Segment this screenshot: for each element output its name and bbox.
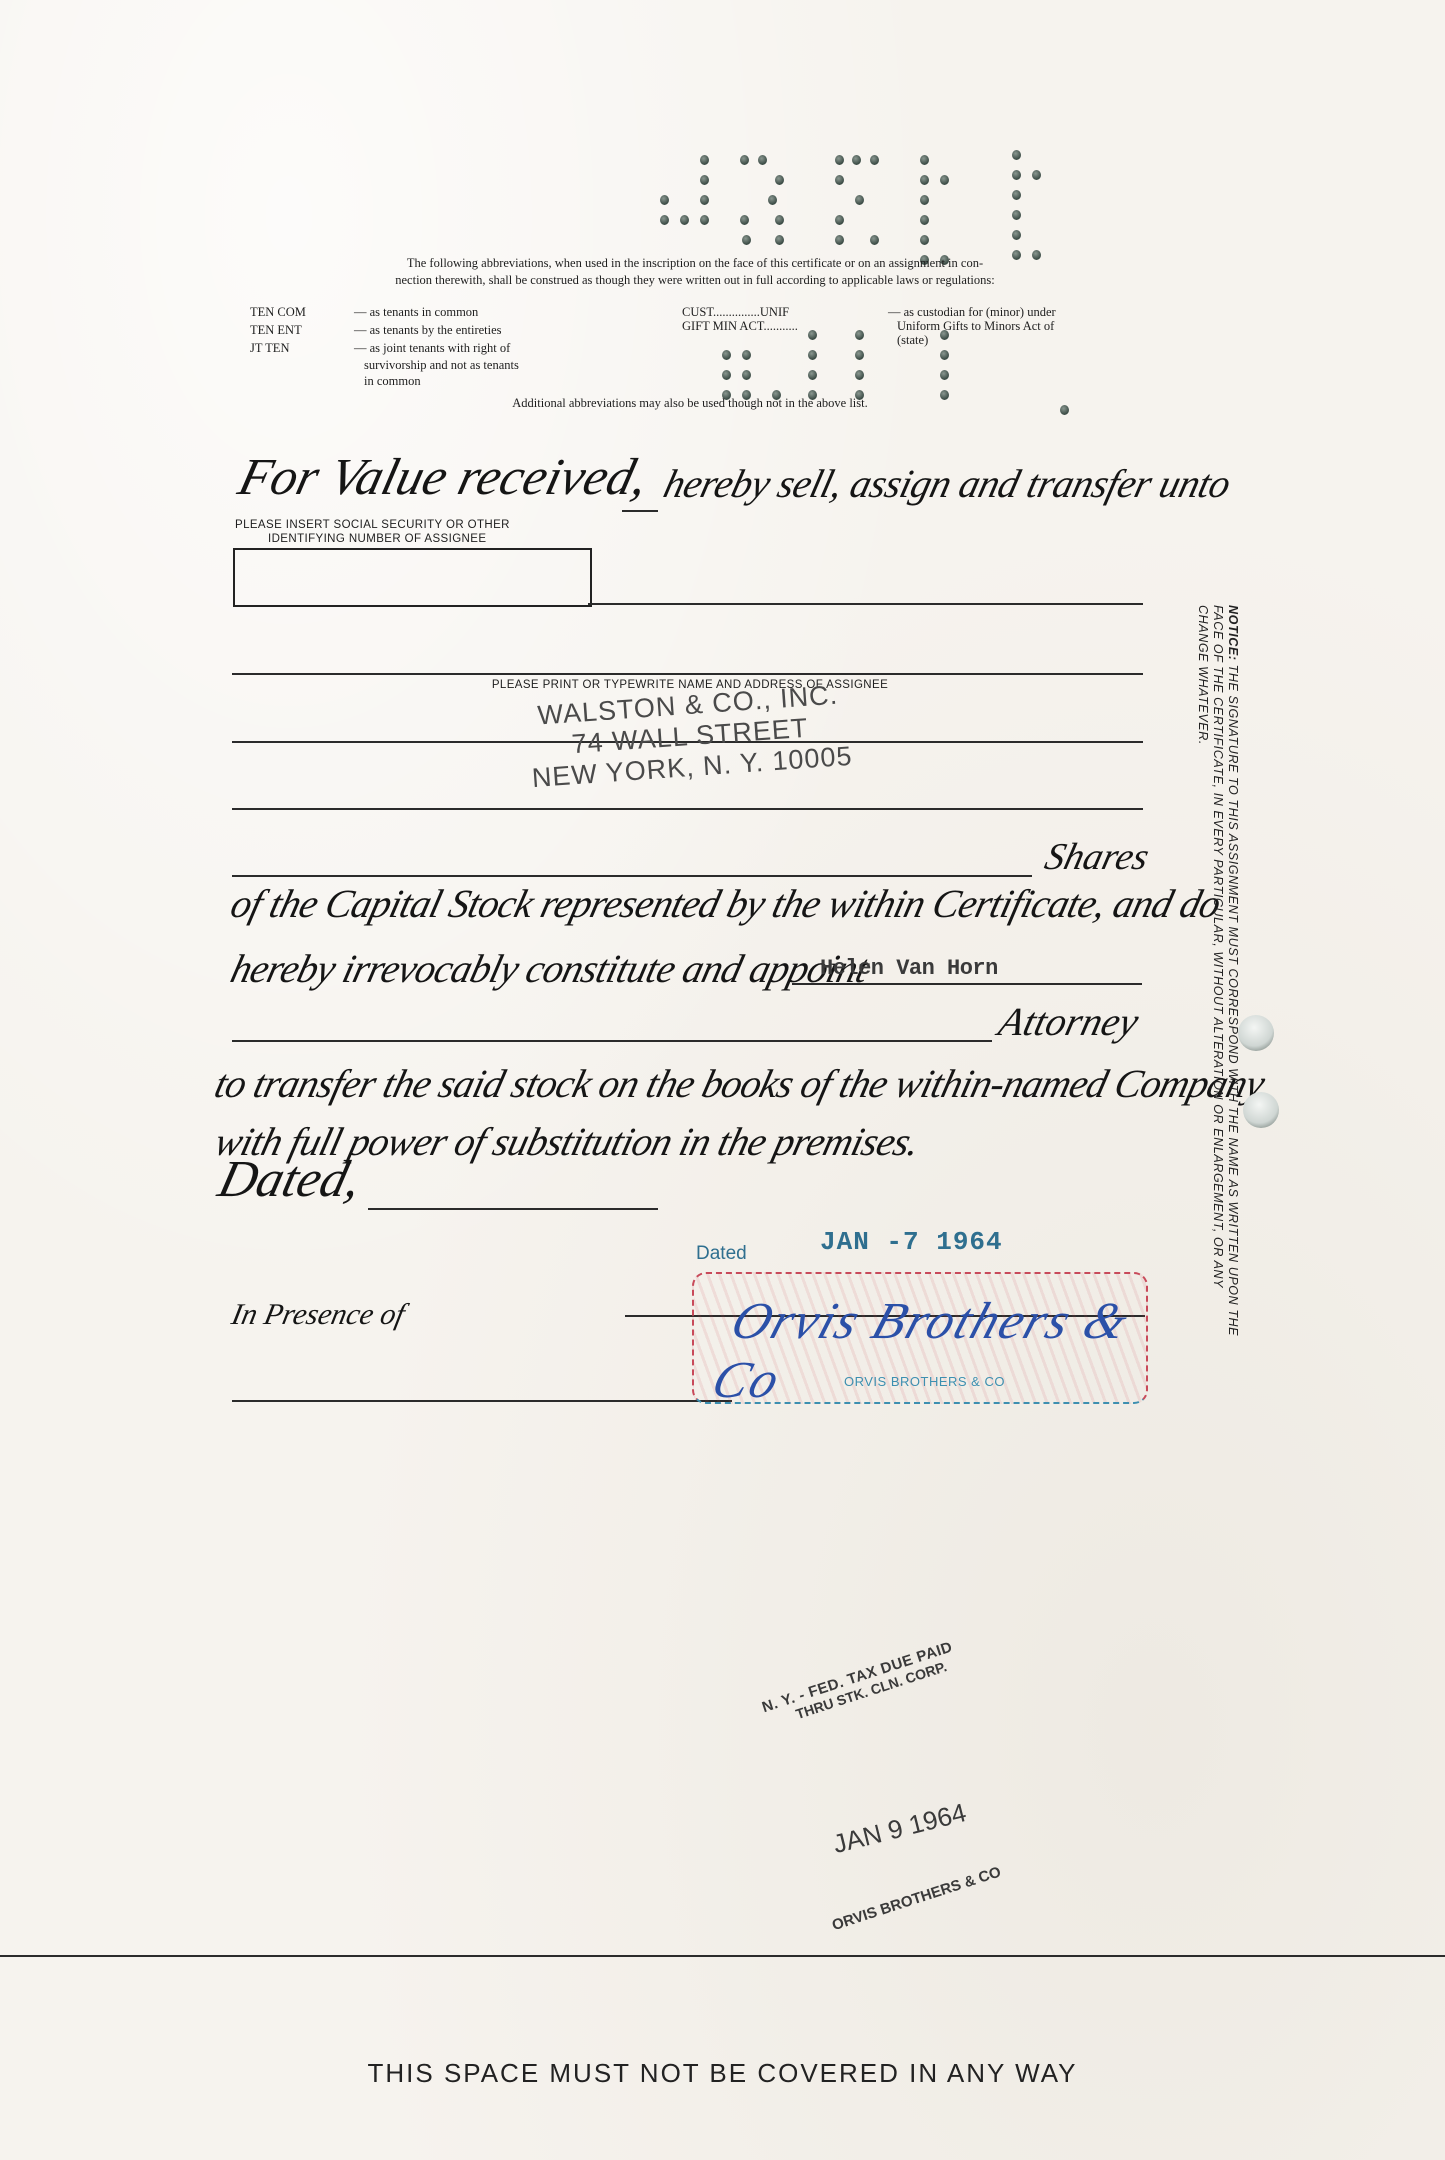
perforation-hole: [940, 175, 949, 185]
abbr-key: TEN ENT: [250, 323, 302, 338]
ssn-label-line-1: PLEASE INSERT SOCIAL SECURITY OR OTHER: [235, 519, 510, 531]
additional-abbreviations-note: Additional abbreviations may also be use…: [250, 396, 1130, 411]
notice-text: THE SIGNATURE TO THIS ASSIGNMENT MUST CO…: [1196, 605, 1240, 1336]
perforation-hole: [768, 195, 777, 205]
perforation-hole: [835, 215, 844, 225]
perforation-hole: [700, 175, 709, 185]
abbreviations-intro: The following abbreviations, when used i…: [215, 255, 1175, 289]
perforation-hole: [920, 235, 929, 245]
assignee-address-stamp: WALSTON & CO., INC. 74 WALL STREET NEW Y…: [507, 678, 873, 796]
perforation-hole: [855, 195, 864, 205]
ssn-input-box[interactable]: [233, 548, 592, 607]
perforation-hole: [852, 155, 861, 165]
shares-count-line[interactable]: [232, 875, 1032, 877]
attorney-line[interactable]: [232, 1040, 992, 1042]
perforation-hole: [722, 370, 731, 380]
blank-rule: [622, 510, 658, 512]
abbr-state: (state): [897, 333, 928, 348]
abbr-key: TEN COM: [250, 305, 306, 320]
tax-stamp-line-1: N. Y. - FED. TAX DUE PAID: [760, 1601, 1070, 1716]
abbr-gift-min-act: GIFT MIN ACT...........: [682, 319, 798, 334]
perforation-hole: [835, 155, 844, 165]
perforation-hole: [920, 195, 929, 205]
perforation-hole: [660, 215, 669, 225]
perforation-hole: [1012, 210, 1021, 220]
perforation-hole: [940, 370, 949, 380]
perforation-hole: [808, 350, 817, 360]
abbr-value: — as joint tenants with right of: [354, 341, 510, 356]
attorney-label: Attorney: [994, 998, 1143, 1045]
signature-guarantee-stamp: Orvis Brothers & Co ORVIS BROTHERS & CO: [692, 1272, 1148, 1404]
intro-line-1: The following abbreviations, when used i…: [215, 255, 1175, 272]
tax-stamp-firm: ORVIS BROTHERS & CO: [830, 1863, 1003, 1934]
attorney-name-typed: Helen Van Horn: [820, 956, 998, 981]
perforation-hole: [775, 175, 784, 185]
perforation-hole: [742, 350, 751, 360]
perforation-hole: [660, 195, 669, 205]
abbr-value: — as tenants in common: [354, 305, 478, 320]
perforation-hole: [855, 330, 864, 340]
tax-stamp-date: JAN 9 1964: [830, 1797, 969, 1860]
for-value-received: For Value received,: [233, 448, 654, 507]
perforation-hole: [722, 350, 731, 360]
dated-stamp-label: Dated: [696, 1243, 747, 1265]
punch-hole: [1243, 1092, 1279, 1128]
shares-label: Shares: [1041, 835, 1154, 879]
perforation-hole: [680, 215, 689, 225]
dated-label: Dated,: [213, 1150, 368, 1209]
irrevocably-appoint-text: hereby irrevocably constitute and appoin…: [226, 945, 873, 992]
perforation-hole: [855, 370, 864, 380]
perforation-hole: [855, 350, 864, 360]
assignee-line-4[interactable]: [232, 808, 1143, 810]
perforation-hole: [920, 175, 929, 185]
dated-line[interactable]: [368, 1208, 658, 1210]
perforation-hole: [920, 155, 929, 165]
perforation-hole: [1012, 150, 1021, 160]
perforation-hole: [870, 235, 879, 245]
hereby-sell-assign-transfer: hereby sell, assign and transfer unto: [659, 460, 1235, 507]
perforation-hole: [1012, 230, 1021, 240]
perforation-hole: [808, 330, 817, 340]
perforation-hole: [775, 215, 784, 225]
perforation-hole: [835, 235, 844, 245]
perforation-hole: [758, 155, 767, 165]
guarantee-signature: Orvis Brothers & Co: [705, 1292, 1165, 1410]
certificate-back: The following abbreviations, when used i…: [0, 0, 1445, 2160]
assignee-line-2[interactable]: [232, 673, 1143, 675]
perforation-hole: [700, 155, 709, 165]
guarantee-firm: ORVIS BROTHERS & CO: [844, 1374, 1005, 1389]
perforation-hole: [700, 215, 709, 225]
dated-stamp-value: JAN -7 1964: [820, 1227, 1003, 1257]
perforation-hole: [1032, 170, 1041, 180]
perforation-hole: [740, 155, 749, 165]
abbr-value: survivorship and not as tenants: [364, 358, 519, 373]
signature-notice: NOTICE: THE SIGNATURE TO THIS ASSIGNMENT…: [1195, 605, 1240, 1345]
perforation-hole: [920, 215, 929, 225]
perforation-hole: [700, 195, 709, 205]
footer-rule: [0, 1955, 1445, 1957]
abbr-cust-value: — as custodian for (minor) under: [888, 305, 1056, 320]
perforation-hole: [1012, 170, 1021, 180]
in-presence-of-label: In Presence of: [228, 1298, 407, 1332]
footer-warning: THIS SPACE MUST NOT BE COVERED IN ANY WA…: [0, 2058, 1445, 2089]
abbr-ugma-value: Uniform Gifts to Minors Act of: [897, 319, 1054, 334]
perforation-hole: [740, 215, 749, 225]
witness-line[interactable]: [232, 1400, 732, 1402]
abbr-cust: CUST...............UNIF: [682, 305, 789, 320]
abbr-value: in common: [364, 374, 421, 389]
intro-line-2: nection therewith, shall be construed as…: [215, 272, 1175, 289]
tax-stamp-line-2: THRU STK. CLN. CORP.: [794, 1617, 1075, 1722]
abbr-key: JT TEN: [250, 341, 289, 356]
perforation-hole: [742, 235, 751, 245]
notice-heading: NOTICE:: [1226, 605, 1240, 661]
ssn-label-line-2: IDENTIFYING NUMBER OF ASSIGNEE: [268, 533, 486, 545]
perforation-hole: [808, 370, 817, 380]
perforation-hole: [870, 155, 879, 165]
to-transfer-text: to transfer the said stock on the books …: [210, 1060, 1269, 1107]
abbr-value: — as tenants by the entireties: [354, 323, 502, 338]
punch-hole: [1238, 1015, 1274, 1051]
perforation-hole: [940, 350, 949, 360]
perforation-hole: [835, 175, 844, 185]
tax-paid-stamp: N. Y. - FED. TAX DUE PAID THRU STK. CLN.…: [760, 1601, 1075, 1731]
perforation-hole: [775, 235, 784, 245]
perforation-hole: [1012, 190, 1021, 200]
assignee-line-1[interactable]: [588, 603, 1143, 605]
perforation-hole: [742, 370, 751, 380]
attorney-name-line[interactable]: [792, 983, 1142, 985]
capital-stock-text: of the Capital Stock represented by the …: [226, 880, 1225, 927]
